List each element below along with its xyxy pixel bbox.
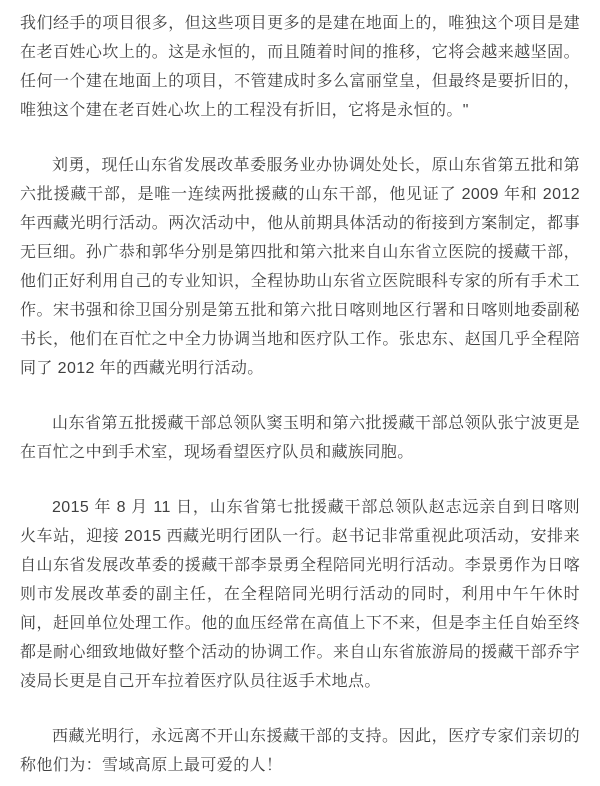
article-body: 我们经手的项目很多，但这些项目更多的是建在地面上的，唯独这个项目是建在老百姓心坎… — [0, 0, 600, 780]
paragraph-closing-tribute: 西藏光明行，永远离不开山东援藏干部的支持。因此，医疗专家们亲切的称他们为：雪域高… — [20, 722, 580, 780]
document-page: { "article": { "paragraphs": [ { "text":… — [0, 0, 600, 786]
paragraph-liu-yong-cadres: 刘勇，现任山东省发展改革委服务业办协调处处长，原山东省第五批和第六批援藏干部，是… — [20, 151, 580, 383]
paragraph-2015-trip: 2015 年 8 月 11 日，山东省第七批援藏干部总领队赵志远亲自到日喀则火车… — [20, 493, 580, 696]
paragraph-quote-continuation: 我们经手的项目很多，但这些项目更多的是建在地面上的，唯独这个项目是建在老百姓心坎… — [20, 9, 580, 125]
paragraph-team-leaders-visit: 山东省第五批援藏干部总领队窦玉明和第六批援藏干部总领队张宁波更是在百忙之中到手术… — [20, 409, 580, 467]
